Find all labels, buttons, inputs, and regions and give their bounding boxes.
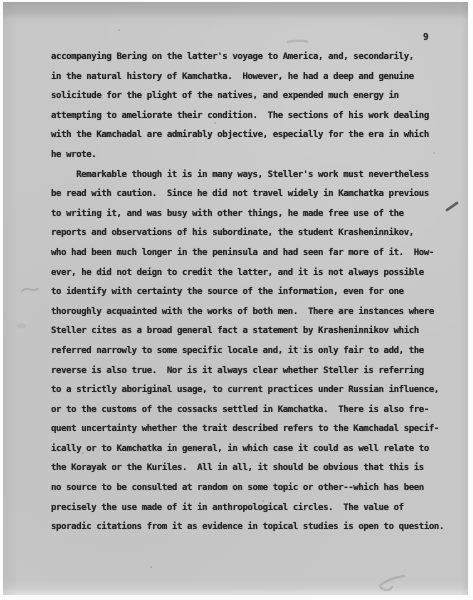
text-line: Remarkable though it is in many ways, St… xyxy=(51,166,461,186)
text-line: he wrote. xyxy=(51,146,461,166)
text-line: to a strictly aboriginal usage, to curre… xyxy=(51,381,461,401)
scan-speck xyxy=(214,122,216,124)
text-line: solicitude for the plight of the natives… xyxy=(51,87,461,107)
text-line: reverse is also true. Nor is it always c… xyxy=(51,362,461,382)
text-line: Steller cites as a broad general fact a … xyxy=(51,322,461,342)
text-line: quent uncertainty whether the trait desc… xyxy=(51,420,461,440)
text-line: in the natural history of Kamchatka. How… xyxy=(51,68,461,88)
text-line: precisely the use made of it in anthropo… xyxy=(51,499,461,519)
text-line: sporadic citations from it as evidence i… xyxy=(51,518,461,538)
text-line: attempting to ameliorate their condition… xyxy=(51,107,461,127)
scan-speck xyxy=(118,29,120,31)
document-page: 9 accompanying Bering on the latter's vo… xyxy=(3,2,468,595)
text-line: to identify with certainty the source of… xyxy=(51,283,461,303)
text-line: accompanying Bering on the latter's voya… xyxy=(51,48,461,68)
text-line: be read with caution. Since he did not t… xyxy=(51,185,461,205)
page-number: 9 xyxy=(423,32,428,43)
text-line: reports and observations of his subordin… xyxy=(51,224,461,244)
text-line: the Korayak or the Kuriles. All in all, … xyxy=(51,459,461,479)
scan-speck xyxy=(262,500,264,502)
paragraph-1: accompanying Bering on the latter's voya… xyxy=(51,48,461,166)
body-text: accompanying Bering on the latter's voya… xyxy=(51,48,461,538)
paragraph-2: Remarkable though it is in many ways, St… xyxy=(51,166,461,538)
scan-speck xyxy=(433,152,435,154)
text-line: with the Kamchadal are admirably objecti… xyxy=(51,126,461,146)
text-line: thoroughly acquainted with the works of … xyxy=(51,303,461,323)
text-line: ically or to Kamchatka in general, in wh… xyxy=(51,440,461,460)
text-line: or to the customs of the cossacks settle… xyxy=(51,401,461,421)
scan-speck xyxy=(150,566,152,568)
text-line: to writing it, and was busy with other t… xyxy=(51,205,461,225)
scan-speck xyxy=(300,347,302,349)
scan-speck xyxy=(388,78,390,80)
text-line: referred narrowly to some specific local… xyxy=(51,342,461,362)
scan-speck xyxy=(82,452,84,454)
text-line: no source to be consulted at random on s… xyxy=(51,479,461,499)
text-line: ever, he did not deign to credit the lat… xyxy=(51,264,461,284)
text-line: who had been much longer in the peninsul… xyxy=(51,244,461,264)
